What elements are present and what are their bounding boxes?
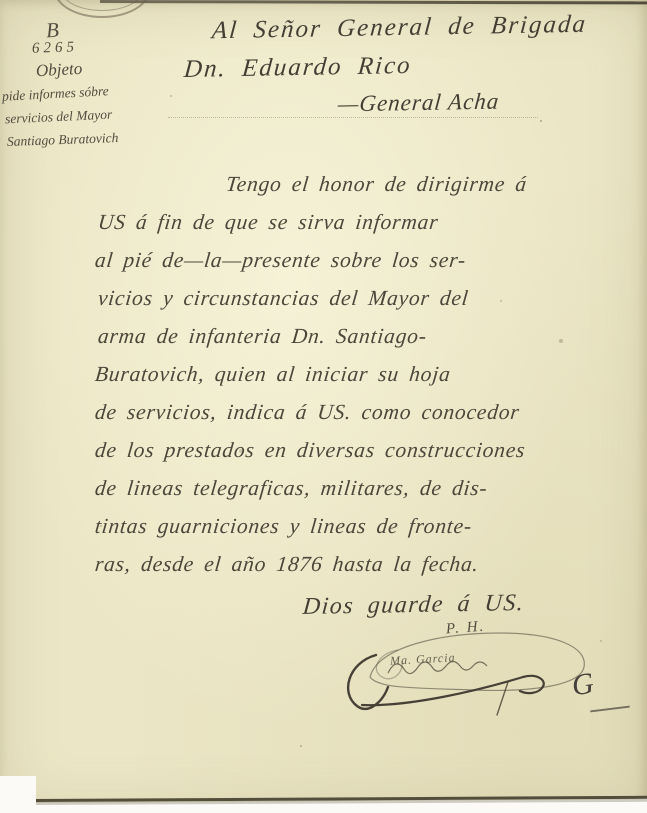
body-line: de lineas telegraficas, militares, de di…: [94, 476, 489, 501]
paraph-initial: G: [570, 667, 596, 704]
stamp-inner-ring: [61, 0, 143, 11]
body-line: al pié de—la—presente sobre los ser-: [94, 248, 468, 273]
crease-line: [168, 117, 538, 118]
paper-specks: [540, 120, 542, 122]
body-line: US á fin de que se sirva informar: [97, 210, 440, 235]
body-line: vicios y circunstancias del Mayor del: [97, 286, 470, 311]
body-line: arma de infanteria Dn. Santiago-: [97, 324, 428, 349]
body-line: de los prestados en diversas construccio…: [94, 438, 527, 463]
body-line: de servicios, indica á US. como conocedo…: [94, 400, 521, 425]
margin-note-label: Objeto: [36, 59, 83, 81]
addressee-name: Dn. Eduardo Rico: [183, 52, 413, 84]
body-line: Tengo el honor de dirigirme á: [225, 172, 529, 197]
scanned-letter-page: { "page": { "description": "Scanned hand…: [0, 0, 647, 813]
body-line: ras, desde el año 1876 hasta la fecha.: [94, 552, 480, 577]
addressee-place: —General Acha: [337, 89, 501, 118]
body-line: Buratovich, quien al iniciar su hoja: [94, 362, 452, 387]
body-line: tintas guarniciones y lineas de fronte-: [94, 514, 474, 539]
margin-note-number: 6265: [32, 39, 79, 58]
